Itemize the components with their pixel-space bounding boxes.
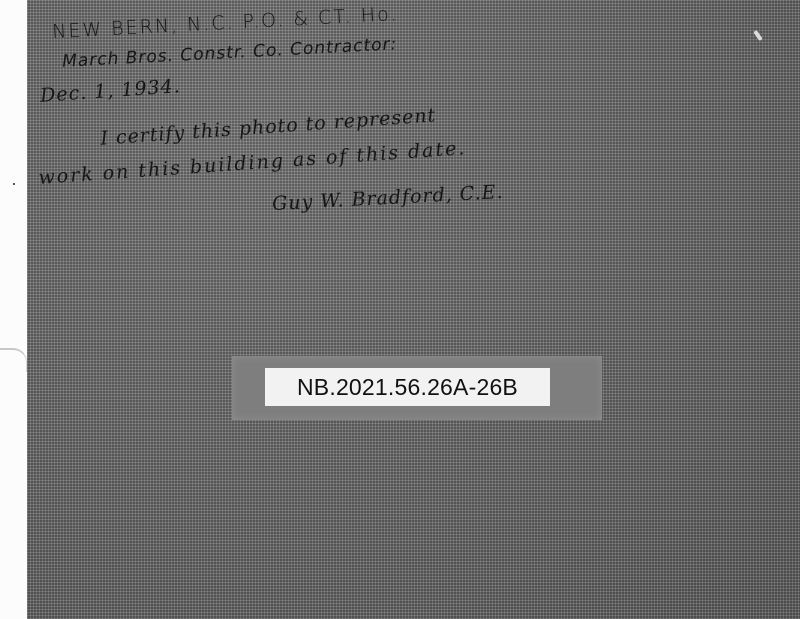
scan-margin bbox=[0, 0, 27, 619]
paper-tab-edge bbox=[0, 348, 27, 372]
accession-number-label: NB.2021.56.26A-26B bbox=[265, 368, 550, 406]
dust-speck bbox=[13, 183, 15, 185]
